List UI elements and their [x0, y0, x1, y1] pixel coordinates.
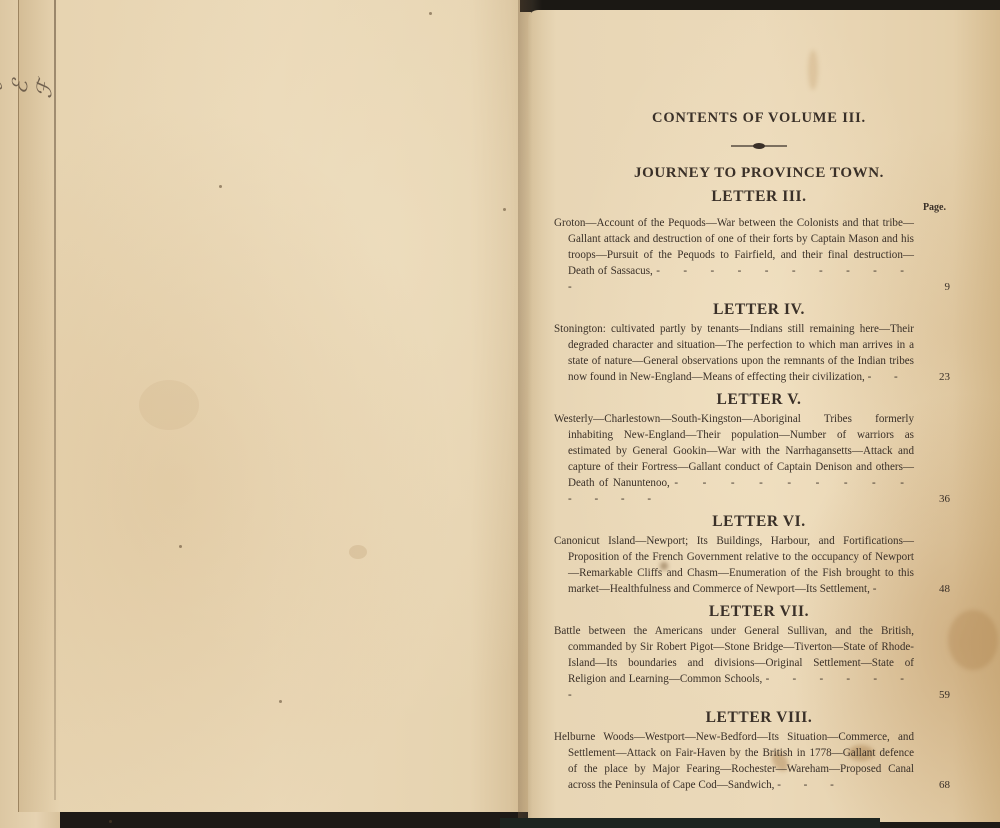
table-of-contents: CONTENTS OF VOLUME III. JOURNEY TO PROVI… [554, 110, 944, 793]
toc-letter-4: LETTER IV. Stonington: cultivated partly… [554, 301, 944, 385]
toc-entry: Canonicut Island—Newport; Its Buildings,… [554, 533, 944, 597]
paper-speck [503, 208, 506, 211]
toc-letter-8: LETTER VIII. Helburne Woods—Westport—New… [554, 709, 944, 793]
toc-entry: Groton—Account of the Pequods—War betwee… [554, 215, 944, 295]
paper-stain [349, 545, 367, 559]
open-book-spread: ℐ ℰ ℱ CONTENTS OF VOLUME III. JOURNEY TO… [0, 0, 1000, 828]
entry-description: Helburne Woods—Westport—New-Bedford—Its … [554, 731, 914, 791]
page-number: 23 [939, 369, 950, 385]
toc-entry: Helburne Woods—Westport—New-Bedford—Its … [554, 729, 944, 793]
paper-speck [109, 820, 112, 823]
background-edge [500, 818, 880, 828]
foxing-stain [948, 610, 998, 670]
toc-letter-5: LETTER V. Westerly—Charlestown—South-Kin… [554, 391, 944, 507]
toc-letter-7: LETTER VII. Battle between the Americans… [554, 603, 944, 703]
entry-description: Canonicut Island—Newport; Its Buildings,… [554, 535, 914, 595]
page-number: 68 [939, 777, 950, 793]
entry-description: Stonington: cultivated partly by tenants… [554, 323, 914, 383]
letter-heading: LETTER VI. [554, 513, 944, 531]
page-number: 48 [939, 581, 950, 597]
letter-heading: LETTER VII. [554, 603, 944, 621]
ornament-rule-icon [729, 140, 789, 152]
paper-stain [139, 380, 199, 430]
paper-speck [219, 185, 222, 188]
paper-speck [279, 700, 282, 703]
page-number: 36 [939, 491, 950, 507]
page-number: 59 [939, 687, 950, 703]
paper-speck [179, 545, 182, 548]
letter-heading: LETTER V. [554, 391, 944, 409]
toc-letter-3: LETTER III. Page. Groton—Account of the … [554, 188, 944, 295]
dot-leaders: - - - [777, 779, 844, 791]
foxing-stain [808, 50, 818, 90]
toc-entry: Westerly—Charlestown—South-Kingston—Abor… [554, 411, 944, 507]
letter-heading: LETTER IV. [554, 301, 944, 319]
page-number: 9 [945, 279, 951, 295]
toc-letter-6: LETTER VI. Canonicut Island—Newport; Its… [554, 513, 944, 597]
paper-speck [429, 12, 432, 15]
contents-header: CONTENTS OF VOLUME III. [554, 110, 944, 127]
book-gutter [518, 0, 542, 828]
toc-entry: Battle between the Americans under Gener… [554, 623, 944, 703]
toc-entry: Stonington: cultivated partly by tenants… [554, 321, 944, 385]
dot-leaders: - [873, 583, 887, 595]
left-page-blank [18, 0, 531, 812]
section-title: JOURNEY TO PROVINCE TOWN. [554, 165, 944, 182]
letter-heading: LETTER VIII. [554, 709, 944, 727]
page-edge-line [54, 0, 56, 800]
dot-leaders: - - [868, 371, 908, 383]
